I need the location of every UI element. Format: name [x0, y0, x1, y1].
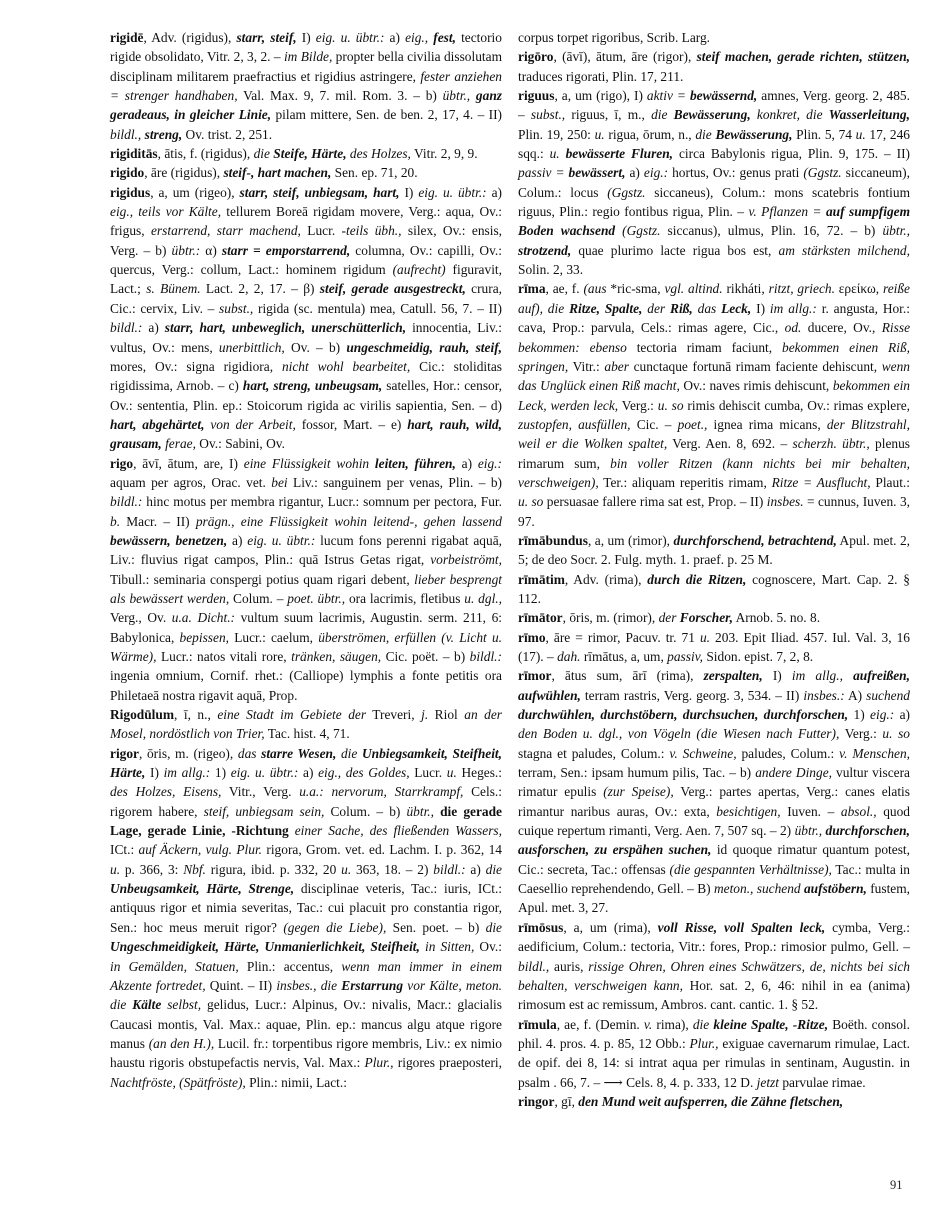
dictionary-entry-rigido: rigido, āre (rigidus), steif-, hart mach… — [110, 163, 502, 182]
dictionary-entry-rīmātim: rīmātim, Adv. (rima), durch die Ritzen, … — [518, 570, 910, 609]
left-column: rigidē, Adv. (rigidus), starr, steif, I)… — [110, 28, 502, 1092]
dictionary-entry-rīmābundus: rīmābundus, a, um (rimor), durchforschen… — [518, 531, 910, 570]
dictionary-entry-rigor: rigor, ōris, m. (rigeo), das starre Wese… — [110, 744, 502, 1092]
dictionary-entry-rigiditās: rigiditās, ātis, f. (rigidus), die Steif… — [110, 144, 502, 163]
dictionary-entry-rīmātor: rīmātor, ōris, m. (rimor), der Forscher,… — [518, 608, 910, 627]
dictionary-entry: corpus torpet rigoribus, Scrib. Larg. — [518, 28, 910, 47]
dictionary-entry-riguus: riguus, a, um (rigo), I) aktiv = bewässe… — [518, 86, 910, 279]
dictionary-entry-rīmōsus: rīmōsus, a, um (rima), voll Risse, voll … — [518, 918, 910, 1015]
dictionary-entry-rīmula: rīmula, ae, f. (Demin. v. rima), die kle… — [518, 1015, 910, 1092]
dictionary-entry-rīmor: rīmor, ātus sum, ārī (rima), zerspalten,… — [518, 666, 910, 917]
dictionary-entry-rigōro: rigōro, (āvī), ātum, āre (rigor), steif … — [518, 47, 910, 86]
dictionary-entry-rigo: rigo, āvī, ātum, are, I) eine Flüssigkei… — [110, 454, 502, 705]
page-number: 91 — [890, 1178, 903, 1193]
dictionary-entry-rigidē: rigidē, Adv. (rigidus), starr, steif, I)… — [110, 28, 502, 144]
right-column: corpus torpet rigoribus, Scrib. Larg.rig… — [518, 28, 910, 1111]
dictionary-entry-ringor: ringor, gī, den Mund weit aufsperren, di… — [518, 1092, 910, 1111]
dictionary-entry-rigidus: rigidus, a, um (rigeo), starr, steif, un… — [110, 183, 502, 454]
dictionary-page: rigidē, Adv. (rigidus), starr, steif, I)… — [0, 0, 935, 1210]
dictionary-entry-rīma: rīma, ae, f. (aus *ric-sma, vgl. altind.… — [518, 279, 910, 530]
dictionary-entry-rīmo: rīmo, āre = rimor, Pacuv. tr. 71 u. 203.… — [518, 628, 910, 667]
dictionary-entry-Rigodūlum: Rigodūlum, ī, n., eine Stadt im Gebiete … — [110, 705, 502, 744]
